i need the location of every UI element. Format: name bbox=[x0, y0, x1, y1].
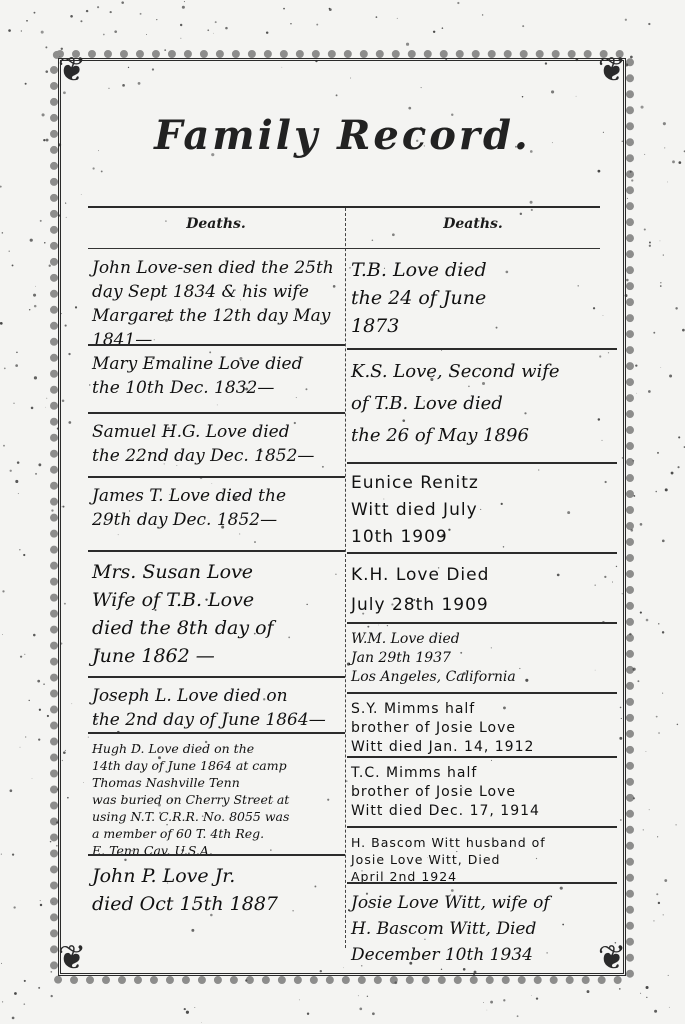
death-entry: Eunice Renitz Witt died July 10th 1909 bbox=[347, 468, 617, 554]
death-entry: Hugh D. Love died on the 14th day of Jun… bbox=[88, 738, 345, 856]
column-header-left: Deaths. bbox=[88, 216, 344, 232]
death-entry: T.B. Love died the 24 of June 1873 bbox=[347, 254, 617, 350]
death-entry: Josie Love Witt, wife of H. Bascom Witt,… bbox=[347, 888, 617, 968]
death-entry: H. Bascom Witt husband of Josie Love Wit… bbox=[347, 832, 617, 884]
death-entry: K.H. Love Died July 28th 1909 bbox=[347, 558, 617, 624]
death-entry: James T. Love died the 29th day Dec. 185… bbox=[88, 482, 345, 552]
death-entry: K.S. Love, Second wife of T.B. Love died… bbox=[347, 354, 617, 464]
death-entry: T.C. Mimms half brother of Josie Love Wi… bbox=[347, 762, 617, 828]
column-header-right: Deaths. bbox=[345, 216, 601, 232]
corner-ornament-icon: ❦ bbox=[592, 50, 632, 90]
death-entry: John P. Love Jr. died Oct 15th 1887 bbox=[88, 860, 345, 930]
corner-ornament-icon: ❦ bbox=[52, 938, 92, 978]
death-entry: S.Y. Mimms half brother of Josie Love Wi… bbox=[347, 698, 617, 758]
death-entry: Mrs. Susan Love Wife of T.B. Love died t… bbox=[88, 556, 345, 678]
death-entry: Mary Emaline Love died the 10th Dec. 183… bbox=[88, 350, 345, 414]
deaths-table: Deaths. Deaths. John Love-sen died the 2… bbox=[88, 206, 600, 948]
page-title: Family Record. bbox=[90, 112, 595, 159]
death-entry: Joseph L. Love died on the 2nd day of Ju… bbox=[88, 682, 345, 734]
header-rule bbox=[88, 248, 600, 249]
column-divider bbox=[345, 208, 346, 948]
death-entry: John Love-sen died the 25th day Sept 183… bbox=[88, 254, 345, 346]
death-entry: W.M. Love died Jan 29th 1937 Los Angeles… bbox=[347, 628, 617, 694]
corner-ornament-icon: ❦ bbox=[52, 50, 92, 90]
death-entry: Samuel H.G. Love died the 22nd day Dec. … bbox=[88, 418, 345, 478]
